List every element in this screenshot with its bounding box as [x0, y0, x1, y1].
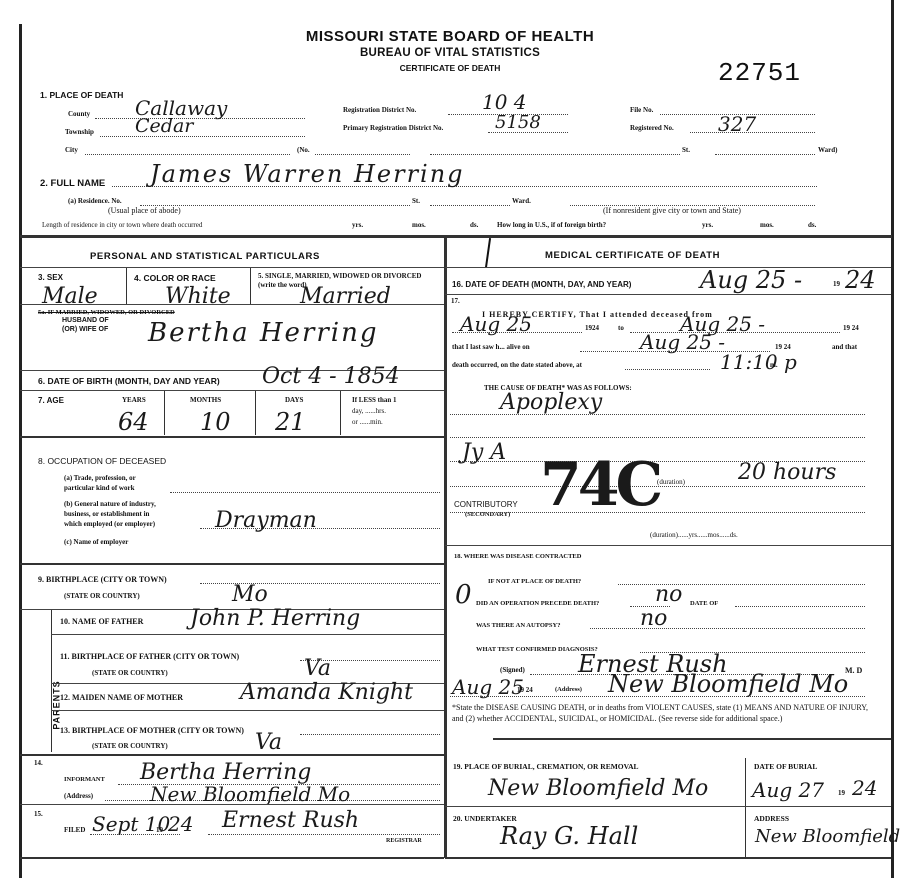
age-days-value: 21 — [275, 408, 306, 436]
informant-address-label: (Address) — [64, 792, 93, 800]
place-of-death-label: 1. PLACE OF DEATH — [40, 90, 123, 100]
father-birthplace-label: 11. BIRTHPLACE OF FATHER (CITY OR TOWN) — [60, 652, 239, 661]
reg-district-label: Registration District No. — [343, 106, 416, 114]
or-min-label: or ......min. — [352, 418, 383, 426]
informant-label: INFORMANT — [64, 776, 105, 783]
autopsy-line — [590, 628, 865, 629]
filed-number: 15. — [34, 810, 43, 818]
divider — [445, 857, 891, 859]
occurred-time-line — [625, 369, 710, 370]
divider — [250, 268, 251, 304]
dod-label: 16. DATE OF DEATH (MONTH, DAY, AND YEAR) — [452, 280, 631, 289]
divider — [445, 545, 891, 546]
divider — [20, 267, 444, 268]
divider — [164, 391, 165, 435]
township-value: Cedar — [135, 115, 193, 137]
foreign-birth-label: How long in U.S., if of foreign birth? — [497, 221, 606, 229]
city-st-line — [430, 154, 680, 155]
sex-label: 3. SEX — [38, 273, 63, 282]
race-label: 4. COLOR OR RACE — [134, 273, 216, 283]
divider-main — [20, 235, 892, 238]
undertaker-address-label: ADDRESS — [754, 814, 789, 823]
occurred-label: death occurred, on the date stated above… — [452, 361, 582, 369]
father-value: John P. Herring — [190, 606, 360, 631]
divider — [20, 754, 444, 756]
residence-ward-line — [430, 205, 510, 206]
burial-date-label: DATE OF BURIAL — [754, 762, 817, 771]
foreign-ds-label: ds. — [808, 221, 816, 229]
burial-place-value: New Bloomfield Mo — [488, 776, 708, 801]
registered-no-value: 327 — [718, 112, 756, 136]
filed-year-prefix: 19 — [156, 826, 163, 834]
date-of-line — [735, 606, 865, 607]
mother-value: Amanda Knight — [240, 680, 413, 705]
city-line — [85, 154, 290, 155]
nonresident-note: (If nonresident give city or town and St… — [603, 206, 741, 215]
township-label: Township — [65, 128, 94, 136]
undertaker-value: Ray G. Hall — [500, 822, 638, 850]
last-saw-label: that I last saw h... alive on — [452, 343, 530, 351]
divider — [745, 758, 746, 858]
birthplace-label: 9. BIRTHPLACE (CITY OR TOWN) — [38, 575, 167, 584]
cause-footnote: *State the DISEASE CAUSING DEATH, or in … — [452, 702, 872, 724]
burial-year-value: 24 — [852, 776, 877, 800]
length-mos-label: mos. — [412, 221, 426, 229]
stamp-mark: 74C — [540, 450, 659, 520]
spouse-label-1: 5a. IF MARRIED, WIDOWED, OR DIVORCED — [38, 309, 175, 316]
spouse-label-2: HUSBAND OF — [62, 317, 109, 324]
full-name-value: James Warren Herring — [150, 160, 465, 188]
father-birthplace-state-label: (STATE OR COUNTRY) — [92, 669, 168, 677]
birthplace-state-label: (STATE OR COUNTRY) — [64, 592, 140, 600]
physician-address-value: New Bloomfield Mo — [608, 670, 848, 698]
operation-value: no — [655, 582, 682, 607]
dod-year-prefix: 19 — [833, 280, 840, 288]
burial-place-label: 19. PLACE OF BURIAL, CREMATION, OR REMOV… — [453, 762, 639, 771]
registered-no-label: Registered No. — [630, 124, 674, 132]
city-label: City — [65, 146, 78, 154]
divider — [340, 391, 341, 435]
spouse-value: Bertha Herring — [148, 318, 379, 348]
dod-year-value: 24 — [845, 266, 876, 294]
last-saw-value: Aug 25 - — [640, 330, 725, 354]
occ-b-label-1: (b) General nature of industry, — [64, 500, 156, 508]
medical-section-title: MEDICAL CERTIFICATE OF DEATH — [545, 250, 720, 261]
reg-district-value: 10 4 — [482, 90, 527, 114]
length-yrs-label: yrs. — [352, 221, 363, 229]
occ-a-line — [170, 492, 440, 493]
burial-year-prefix: 19 — [838, 789, 845, 797]
cause-value: Apoplexy — [500, 390, 602, 415]
signed-year-value: 19 24 — [517, 686, 533, 694]
county-label: County — [68, 110, 90, 118]
file-no-label: File No. — [630, 106, 653, 114]
autopsy-label: WAS THERE AN AUTOPSY? — [476, 622, 560, 629]
column-divider — [444, 236, 447, 858]
time-of-death-value: 11:10 p — [720, 350, 797, 374]
parents-label: PARENTS — [52, 680, 62, 729]
duration2-label: (duration)......yrs......mos......ds. — [650, 531, 738, 539]
to-label: to — [618, 324, 624, 332]
foreign-yrs-label: yrs. — [702, 221, 713, 229]
divider — [20, 436, 444, 438]
dod-value: Aug 25 - — [700, 266, 802, 294]
duration-value: 20 hours — [738, 460, 836, 485]
spouse-label-3: (OR) WIFE OF — [62, 326, 108, 333]
margin-zero: 0 — [455, 580, 472, 610]
occupation-label: 8. OCCUPATION OF DECEASED — [38, 456, 166, 466]
burial-date-value: Aug 27 — [752, 778, 824, 802]
registrar-line — [208, 834, 440, 835]
informant-address-value: New Bloomfield Mo — [150, 782, 350, 806]
personal-section-title: PERSONAL AND STATISTICAL PARTICULARS — [90, 251, 320, 262]
township-line — [100, 136, 305, 137]
length-residence-label: Length of residence in city or town wher… — [42, 221, 202, 229]
form-border-right — [891, 0, 894, 878]
attended-from-value: Aug 25 — [460, 312, 532, 336]
form-border-left — [19, 24, 22, 878]
contributory-label: CONTRIBUTORY — [454, 500, 518, 509]
disease-contracted-label: 18. WHERE WAS DISEASE CONTRACTED — [454, 553, 581, 560]
mother-birthplace-value: Va — [255, 730, 282, 755]
and-that-label: and that — [832, 343, 857, 351]
item-17-number: 17. — [451, 297, 460, 305]
mother-birthplace-label: 13. BIRTHPLACE OF MOTHER (CITY OR TOWN) — [60, 726, 244, 735]
city-ward-label: Ward) — [818, 146, 837, 154]
cause-line-1 — [450, 414, 865, 415]
occ-b-label-3: which employed (or employer) — [64, 520, 155, 528]
contributory-line — [450, 512, 865, 513]
undertaker-address-value: New Bloomfield Mo — [755, 826, 900, 847]
certificate-number: 22751 — [718, 58, 801, 88]
residence-ward-label: Ward. — [512, 197, 531, 205]
occ-c-label: (c) Name of employer — [64, 538, 128, 546]
city-no-label: (No. — [297, 146, 310, 154]
dob-value: Oct 4 - 1854 — [262, 364, 400, 389]
father-label: 10. NAME OF FATHER — [60, 617, 143, 626]
day-hrs-label: day, ......hrs. — [352, 407, 386, 415]
filed-label: FILED — [64, 826, 85, 834]
divider — [493, 738, 891, 740]
duration-label: (duration) — [657, 478, 685, 486]
primary-reg-district-value: 5158 — [495, 112, 541, 133]
city-st-label: St. — [682, 146, 690, 154]
mother-birthplace-state-label: (STATE OR COUNTRY) — [92, 742, 168, 750]
attended-to-year: 19 24 — [843, 324, 859, 332]
divider — [20, 563, 444, 565]
divider — [51, 710, 444, 711]
age-years-label: YEARS — [122, 396, 146, 404]
birthplace-value: Mo — [232, 582, 268, 607]
divider — [20, 390, 444, 391]
cause-line-2 — [450, 437, 865, 438]
margin-note: Jy A — [462, 440, 506, 465]
sex-value: Male — [42, 284, 98, 309]
filed-year-value: 24 — [168, 812, 193, 836]
usual-place-label: (Usual place of abode) — [108, 206, 181, 215]
divider — [20, 857, 444, 859]
occ-a-label-1: (a) Trade, profession, or — [64, 474, 136, 482]
physician-address-label: (Address) — [555, 686, 582, 693]
residence-st-label: St. — [412, 197, 420, 205]
age-years-value: 64 — [118, 408, 149, 436]
divider — [445, 294, 891, 295]
informant-number: 14. — [34, 759, 43, 767]
divider — [445, 267, 891, 268]
full-name-label: 2. FULL NAME — [40, 178, 105, 189]
autopsy-value: no — [640, 606, 667, 631]
age-months-value: 10 — [200, 408, 231, 436]
divider — [255, 391, 256, 435]
not-at-place-label: IF NOT AT PLACE OF DEATH? — [488, 578, 581, 585]
divider — [51, 634, 444, 635]
residence-label: (a) Residence. No. — [68, 197, 122, 205]
foreign-mos-label: mos. — [760, 221, 774, 229]
city-no-line — [315, 154, 410, 155]
signed-label: (Signed) — [500, 666, 525, 674]
dob-label: 6. DATE OF BIRTH (MONTH, DAY AND YEAR) — [38, 376, 220, 386]
age-months-label: MONTHS — [190, 396, 221, 404]
marital-value: Married — [300, 284, 391, 309]
divider — [126, 268, 127, 304]
race-value: White — [165, 284, 231, 309]
age-label: 7. AGE — [38, 396, 64, 405]
mother-label: 12. MAIDEN NAME OF MOTHER — [60, 693, 183, 702]
board-title: MISSOURI STATE BOARD OF HEALTH — [0, 28, 900, 45]
attended-from-year: 1924 — [585, 324, 599, 332]
length-ds-label: ds. — [470, 221, 478, 229]
divider — [20, 304, 444, 305]
father-birthplace-value: Va — [304, 656, 331, 681]
city-ward-line — [715, 154, 815, 155]
registrar-value: Ernest Rush — [222, 808, 359, 833]
occ-b-label-2: business, or establishment in — [64, 510, 149, 518]
mark-stroke — [485, 238, 491, 268]
operation-label: DID AN OPERATION PRECEDE DEATH? — [476, 600, 599, 607]
occ-a-label-2: particular kind of work — [64, 484, 134, 492]
less-than-label: If LESS than 1 — [352, 396, 397, 404]
primary-reg-district-label: Primary Registration District No. — [343, 124, 443, 132]
divider — [20, 804, 444, 805]
age-days-label: DAYS — [285, 396, 303, 404]
occupation-value: Drayman — [215, 508, 317, 533]
divider — [445, 806, 891, 807]
registrar-label: REGISTRAR — [386, 838, 422, 844]
date-of-label: DATE OF — [690, 600, 718, 607]
m-label: m. — [770, 361, 778, 369]
mother-birthplace-line — [300, 734, 440, 735]
